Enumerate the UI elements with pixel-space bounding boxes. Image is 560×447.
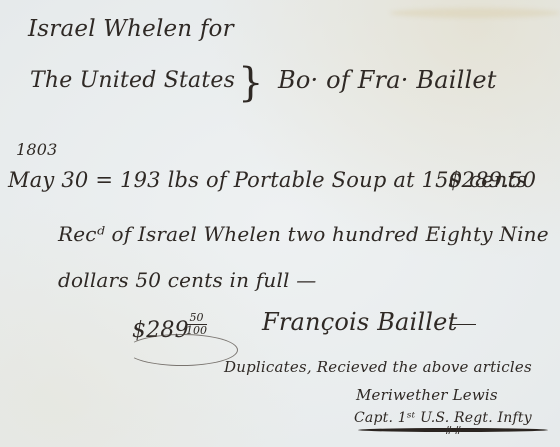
acknowledger-title: Capt. 1ˢᵗ U.S. Regt. Infty — [354, 410, 532, 426]
amount-flourish — [126, 334, 238, 366]
header-payer: Israel Whelen for — [28, 16, 234, 42]
header-bought-of: Bo· of Fra· Baillet — [278, 66, 497, 94]
duplicates-note: Duplicates, Recieved the above articles — [224, 358, 532, 376]
receipt-line-1: Recᵈ of Israel Whelen two hundred Eighty… — [58, 222, 549, 246]
signature-tail — [452, 324, 476, 325]
header-entity: The United States — [30, 68, 235, 93]
receipt-document: Israel Whelen for The United States } Bo… — [0, 0, 560, 447]
entry-amount: $289.50 — [448, 168, 536, 192]
signer-signature: François Baillet — [262, 308, 457, 336]
fraction-numerator: 50 — [186, 312, 207, 324]
underline-mark: ## — [444, 424, 463, 437]
entry-year: 1803 — [16, 140, 58, 159]
acknowledger-signature: Meriwether Lewis — [356, 386, 498, 404]
paper-stain — [390, 8, 560, 18]
receipt-line-2: dollars 50 cents in full — — [58, 268, 316, 292]
brace-glyph: } — [238, 60, 263, 106]
